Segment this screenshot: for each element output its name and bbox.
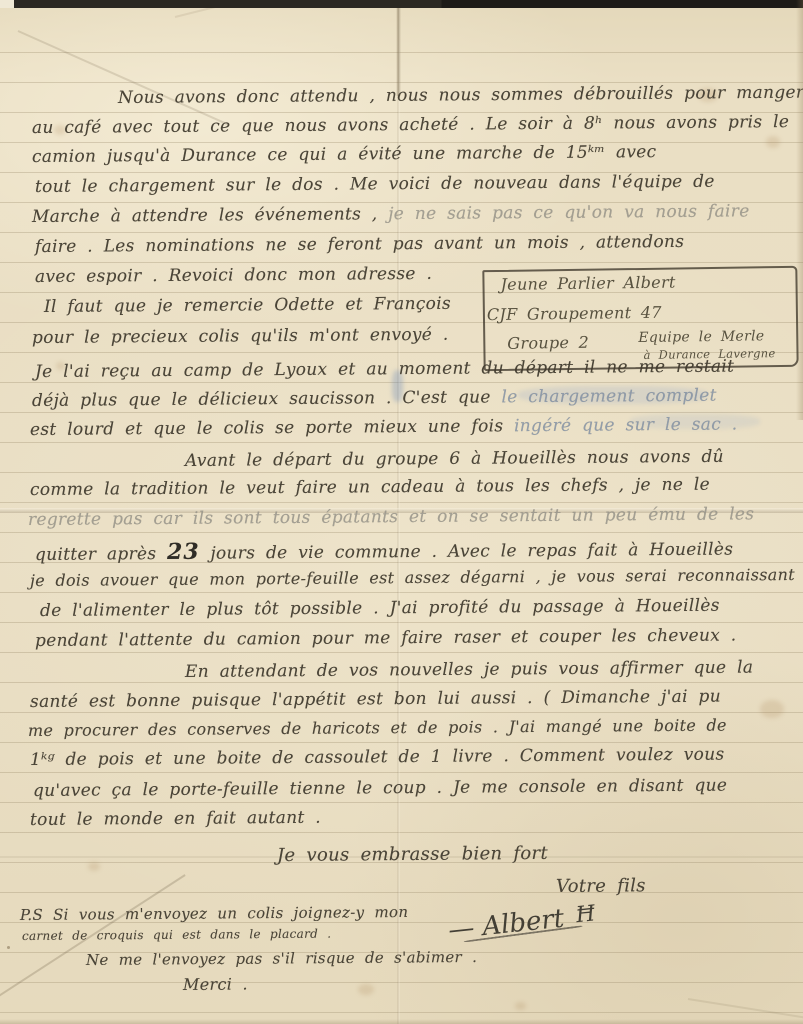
body-line-23: 1ᵏᵍ de pois et une boite de cassoulet de… [30, 745, 725, 770]
body-line-20: En attendant de vos nouvelles je puis vo… [185, 658, 753, 682]
body-line-16: quitter après 23 jours de vie commune . … [35, 535, 733, 566]
body-line-06: faire . Les nominations ne se feront pas… [35, 232, 684, 257]
ps-line-3: Ne me l'envoyez pas s'il risque de s'abi… [86, 948, 477, 969]
address-line-name: Jeune Parlier Albert [500, 273, 675, 294]
address-line-equipe: Equipe le Merle [638, 328, 764, 346]
body-line-08: Il faut que je remercie Odette et Franço… [44, 294, 451, 317]
page-edge-shadow [796, 0, 803, 420]
body-line-05: Marche à attendre les événements , je ne… [32, 201, 750, 227]
body-line-15: regrette pas car ils sont tous épatants … [28, 504, 754, 530]
signature: — Albert Ħ [447, 900, 597, 945]
signature-dash: — [447, 913, 476, 946]
ps-line-2: carnet de croquis qui est dans le placar… [22, 927, 331, 943]
address-box: Jeune Parlier Albert CJF Groupement 47 G… [482, 266, 798, 371]
page-edge-shadow [0, 1019, 803, 1024]
body-line-21: santé est bonne puisque l'appétit est bo… [30, 687, 721, 712]
body-line-12: est lourd et que le colis se porte mieux… [30, 414, 738, 440]
diagonal-crease [18, 30, 229, 125]
address-line-groupe: Groupe 2 [507, 333, 589, 353]
signoff-line: Votre fils [556, 875, 646, 897]
body-line-25: tout le monde en fait autant . [30, 808, 321, 830]
body-line-07: avec espoir . Revoici donc mon adresse . [35, 264, 432, 287]
body-line-22: me procurer des conserves de haricots et… [28, 716, 727, 740]
body-line-18: de l'alimenter le plus tôt possible . J'… [40, 596, 720, 621]
paper-stain [358, 984, 374, 995]
body-line-03: camion jusqu'à Durance ce qui a évité un… [32, 142, 657, 167]
body-line-14: comme la tradition le veut faire un cade… [30, 475, 710, 500]
signature-name: Albert [481, 904, 566, 942]
ps-line-4: Merci . [183, 974, 248, 994]
address-line-lieu: à Durance Lavergne [643, 346, 775, 362]
address-line-groupement: CJF Groupement 47 [487, 303, 662, 324]
body-line-17: je dois avouer que mon porte-feuille est… [30, 565, 795, 590]
scanned-letter-page: Nous avons donc attendu , nous nous somm… [0, 0, 803, 1024]
signature-paraph: Ħ [575, 901, 597, 928]
body-line-01: Nous avons donc attendu , nous nous somm… [118, 83, 803, 108]
ink-speck [7, 946, 10, 949]
paper-stain [515, 1002, 526, 1010]
paper-stain [766, 136, 780, 148]
body-line-11: déjà plus que le délicieux saucisson . C… [32, 386, 717, 411]
ps-line-1: P.S Si vous m'envoyez un colis joignez-y… [20, 903, 408, 924]
scanner-edge-strip [0, 0, 803, 8]
body-line-04: tout le chargement sur le dos . Me voici… [35, 172, 715, 197]
body-line-09: pour le precieux colis qu'ils m'ont envo… [32, 325, 449, 348]
diagonal-crease [688, 998, 803, 1020]
body-line-02: au café avec tout ce que nous avons ache… [32, 112, 789, 138]
body-line-19: pendant l'attente du camion pour me fair… [35, 625, 737, 651]
paper-stain [760, 700, 784, 718]
body-line-24: qu'avec ça le porte-feuille tienne le co… [33, 776, 727, 801]
body-line-13: Avant le départ du groupe 6 à Houeillès … [185, 447, 724, 471]
paper-stain [88, 862, 100, 871]
vertical-fold-crease-top [396, 0, 401, 96]
closing-line: Je vous embrasse bien fort [277, 843, 548, 866]
